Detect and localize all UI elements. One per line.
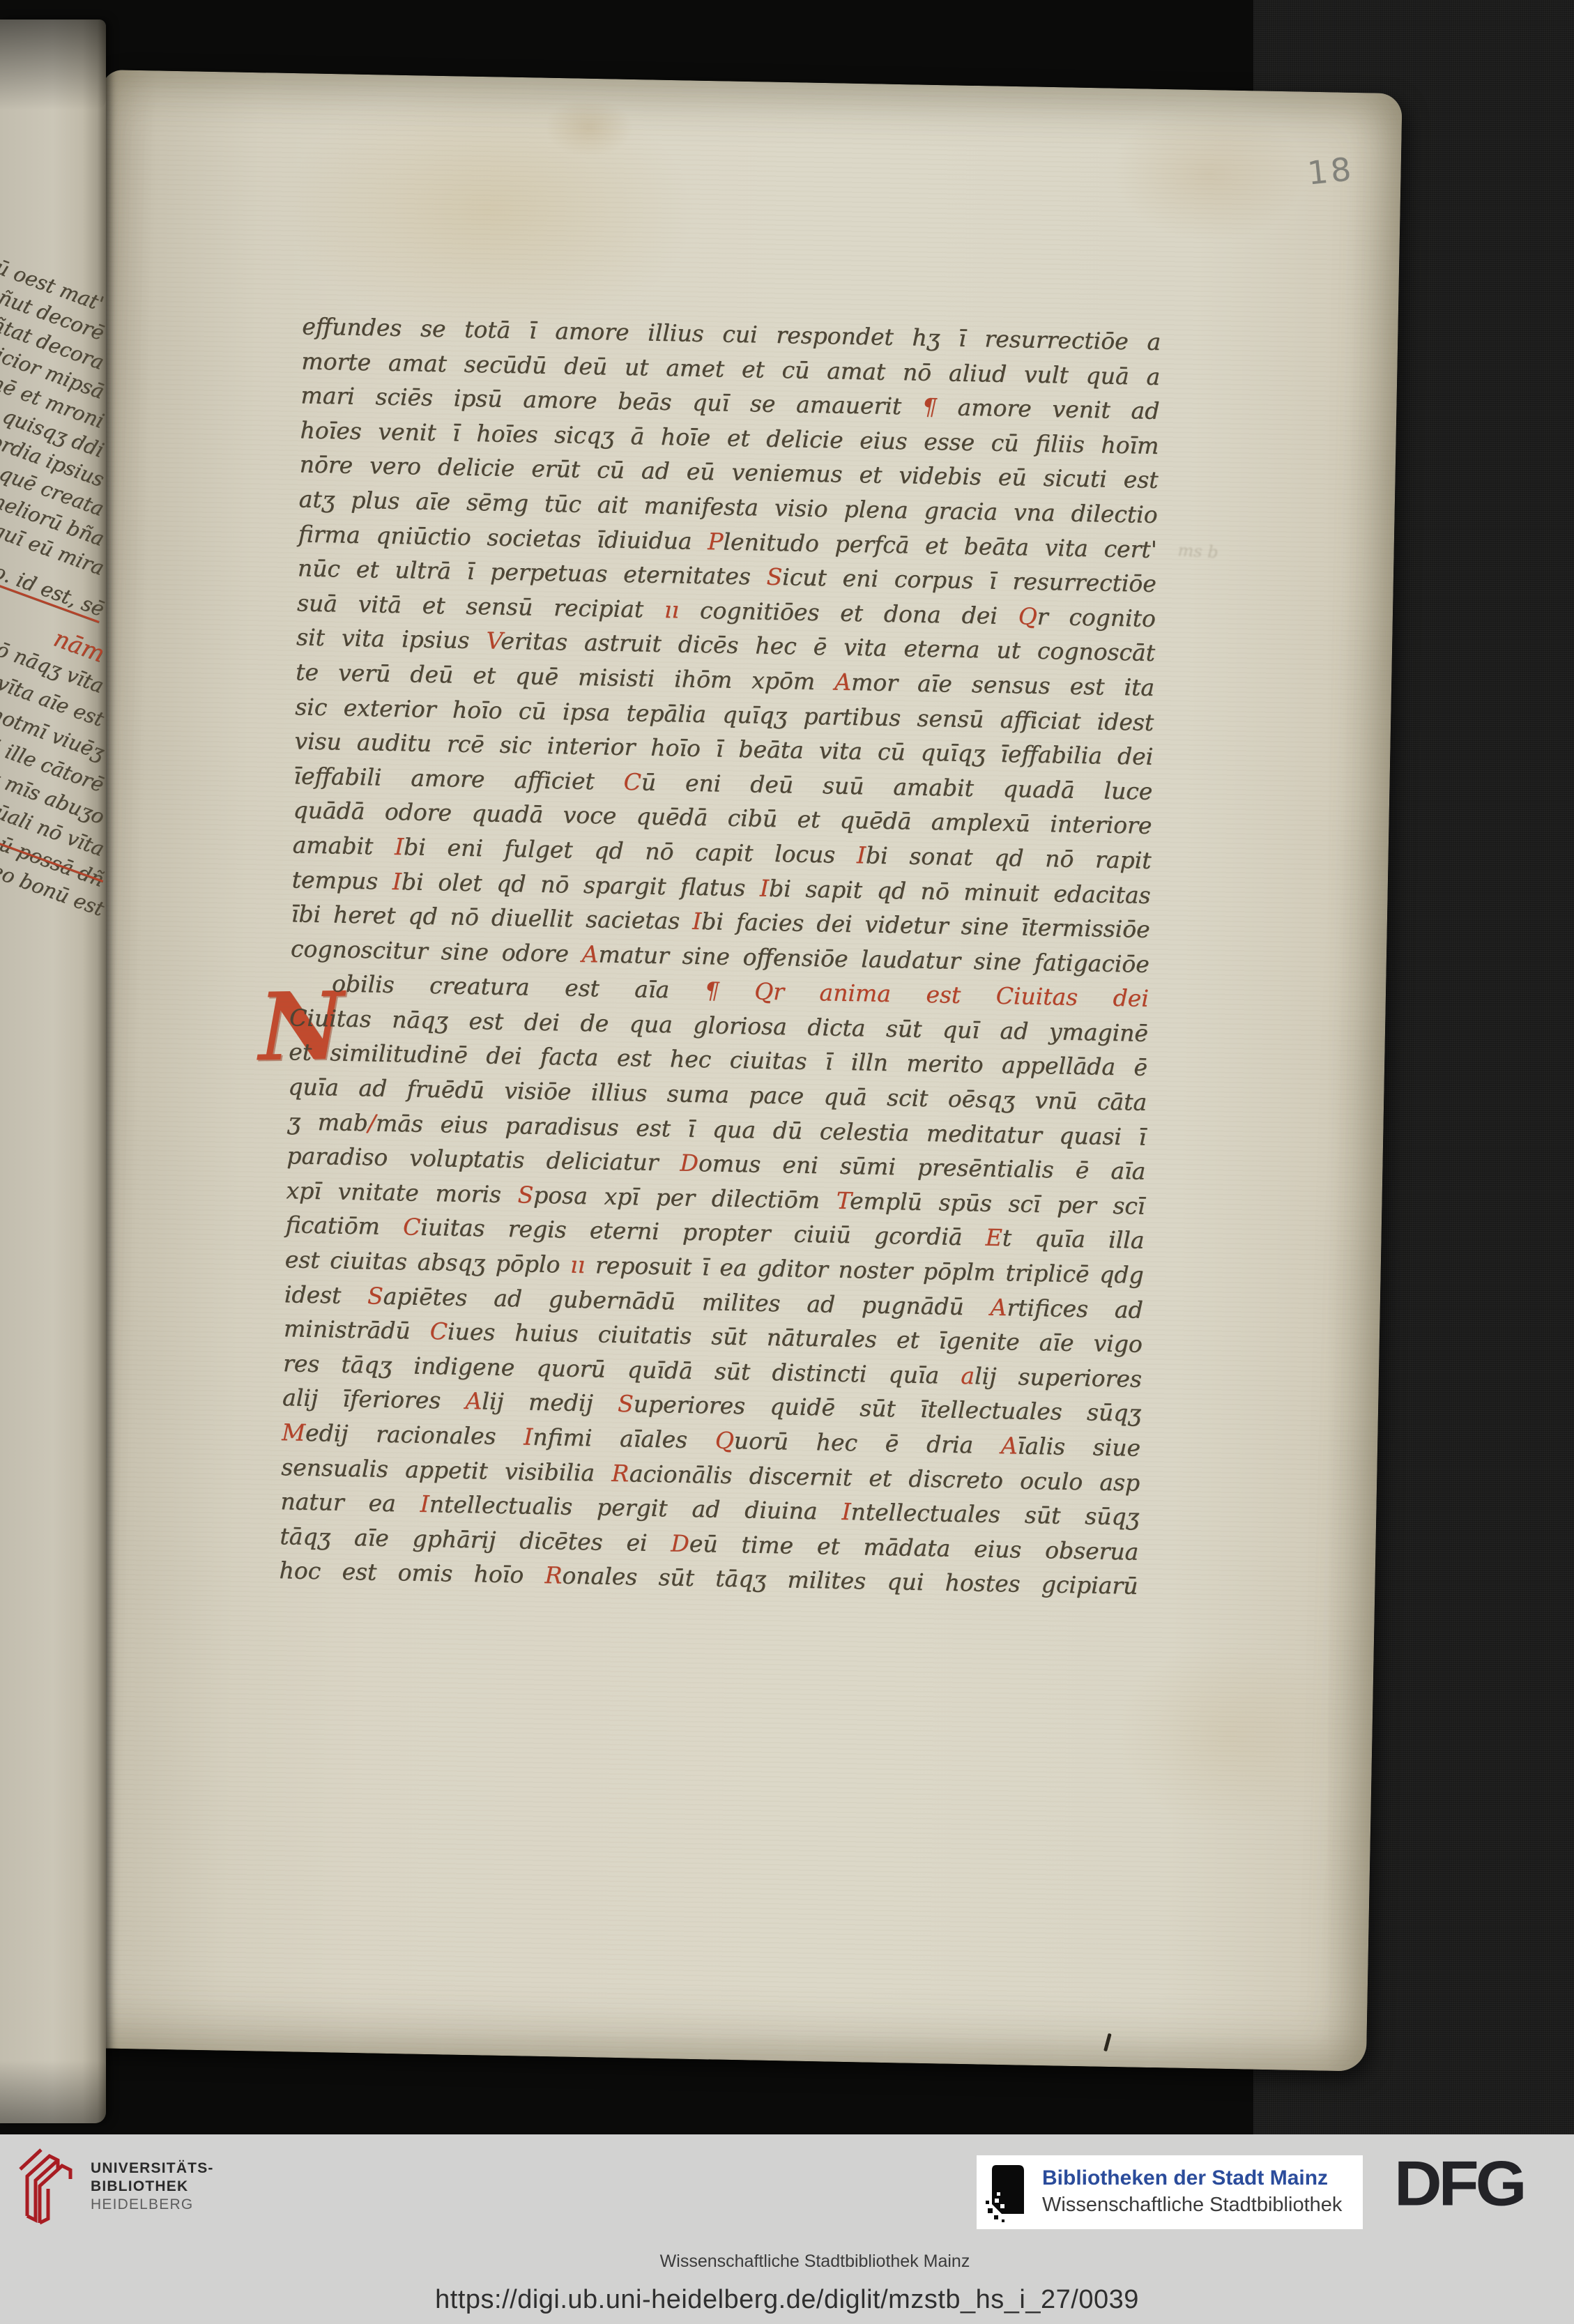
- manuscript-text-block: effundes se totā ī amore illius cui resp…: [279, 309, 1161, 1603]
- ink-fleck: [1103, 2033, 1112, 2051]
- mainz-line1: Bibliotheken der Stadt Mainz: [1042, 2165, 1342, 2192]
- ub-heidelberg-logo-icon: [18, 2147, 75, 2228]
- mainz-logo-text: Bibliotheken der Stadt Mainz Wissenschaf…: [1042, 2165, 1342, 2218]
- ub-heidelberg-logo-text: UNIVERSITÄTS- BIBLIOTHEK HEIDELBERG: [91, 2159, 214, 2214]
- mainz-library-logo: Bibliotheken der Stadt Mainz Wissenschaf…: [977, 2155, 1363, 2229]
- ub-line1: UNIVERSITÄTS-: [91, 2159, 214, 2178]
- folio-number-pencil: 18: [1306, 150, 1356, 192]
- mainz-line2: Wissenschaftliche Stadtbibliothek: [1042, 2192, 1342, 2218]
- ub-line3: HEIDELBERG: [91, 2196, 214, 2214]
- footer-source-url[interactable]: https://digi.ub.uni-heidelberg.de/diglit…: [0, 2285, 1574, 2315]
- footer-caption: Wissenschaftliche Stadtbibliothek Mainz: [28, 2252, 1574, 2272]
- manuscript-page: 18 N effundes se totā ī amore illius cui…: [66, 70, 1403, 2072]
- ub-line2: BIBLIOTHEK: [91, 2178, 214, 2196]
- facing-page-sliver: rtutū oest mat'dñq regñut decorēoas boñt…: [0, 20, 106, 2123]
- mainz-book-icon: [985, 2162, 1030, 2222]
- ink-bleedthrough: ms b: [1177, 540, 1218, 562]
- dfg-logo: DFG: [1394, 2153, 1524, 2216]
